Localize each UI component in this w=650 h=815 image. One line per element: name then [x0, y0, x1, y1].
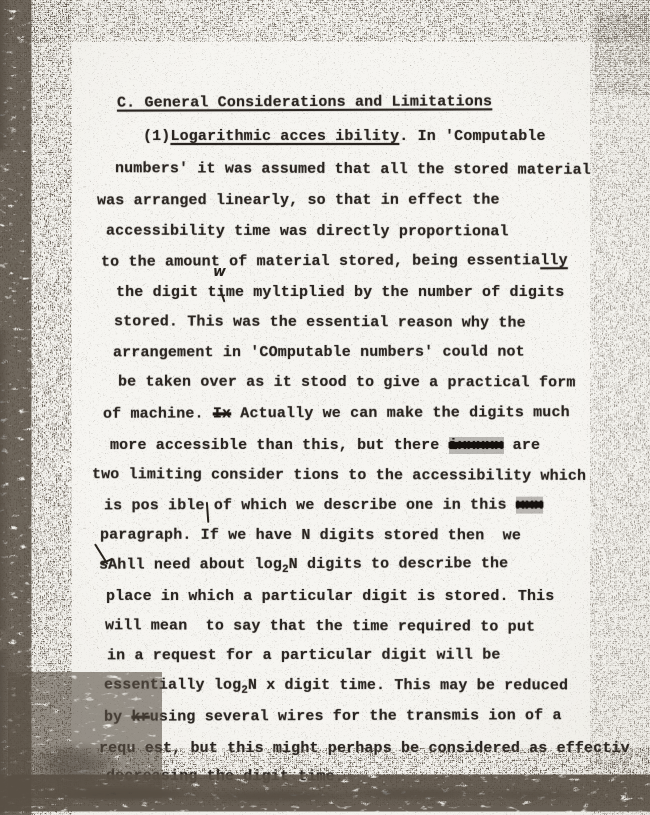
text-segment: be taken over as it stood to give a prac…	[118, 374, 576, 392]
text-line: accessibility time was directly proporti…	[106, 222, 509, 243]
text-segment: numbers' it was assumed that all the sto…	[115, 160, 591, 179]
document-text: C. General Considerations and Limitation…	[0, 0, 650, 815]
text-line: numbers' it was assumed that all the sto…	[115, 159, 591, 181]
text-line: more accessible than this, but there ixx…	[110, 436, 540, 456]
text-segment: in a request for a particular digit will…	[107, 647, 501, 665]
text-segment: (1)	[143, 128, 170, 145]
text-segment: Actually we can make the digits much	[231, 404, 570, 422]
text-segment: xxx	[516, 497, 543, 514]
text-segment: 2	[282, 564, 289, 576]
text-segment: was arranged linearly, so that in effect…	[97, 192, 500, 210]
text-segment: the digit time myltiplied by the number …	[116, 284, 564, 301]
text-segment: stored. This was the essential reason wh…	[114, 313, 526, 331]
text-segment: more accessible than this, but there	[110, 437, 449, 454]
text-segment: . In 'Computable	[399, 128, 545, 145]
heading-line: C. General Considerations and Limitation…	[117, 92, 492, 113]
text-line: was arranged linearly, so that in effect…	[97, 191, 500, 212]
text-segment: by	[104, 709, 132, 726]
text-line: the digit time myltiplied by the number …	[116, 283, 564, 303]
text-segment: using several wires for the transmis ion…	[150, 707, 562, 725]
text-line: will mean to say that the time required …	[105, 616, 535, 638]
text-segment: N x digit time. This may be reduced	[248, 677, 568, 695]
text-segment: requ est, but this might perhaps be cons…	[99, 740, 630, 757]
text-segment: kr	[131, 709, 149, 726]
scanned-page: C. General Considerations and Limitation…	[0, 0, 650, 815]
text-line: (1)Logarithmic acces ibility. In 'Comput…	[143, 127, 546, 147]
text-segment: Logarithmic acces ibility	[170, 128, 399, 145]
text-segment: 2	[241, 685, 248, 697]
text-line: sAhll need about log2N digits to describ…	[99, 554, 508, 576]
text-line: essentially log2N x digit time. This may…	[104, 676, 568, 698]
text-segment: decreasing the digit time.	[106, 768, 344, 786]
text-line: place in which a particular digit is sto…	[106, 587, 554, 607]
text-segment: lly	[540, 252, 568, 269]
text-segment: to the amount of material stored, being …	[101, 252, 540, 271]
text-line: stored. This was the essential reason wh…	[114, 312, 526, 333]
text-line: be taken over as it stood to give a prac…	[118, 373, 576, 394]
text-segment: are	[504, 437, 541, 454]
text-segment: C. General Considerations and Limitation…	[117, 93, 492, 111]
inserted-u-above-myltiplied: w	[213, 264, 226, 280]
text-line: of machine. Ix Actually we can make the …	[103, 403, 570, 425]
text-line: by krusing several wires for the transmi…	[104, 706, 562, 728]
text-segment: sAhll need about log	[99, 556, 282, 574]
text-segment: is pos ible of which we describe one in …	[104, 497, 516, 515]
text-segment: two limiting consider tions to the acces…	[92, 466, 586, 485]
text-line: two limiting consider tions to the acces…	[92, 465, 586, 487]
text-segment: of machine.	[103, 405, 213, 422]
text-segment: place in which a particular digit is sto…	[106, 588, 554, 605]
text-segment: Ix	[213, 405, 231, 422]
text-line: decreasing the digit time.	[106, 767, 344, 788]
text-segment: will mean to say that the time required …	[105, 617, 535, 636]
text-line: paragraph. If we have N digits stored th…	[100, 526, 521, 547]
text-segment: arrangement in 'COmputable numbers' coul…	[113, 344, 525, 362]
text-segment: N digits to describe the	[289, 555, 509, 573]
text-line: arrangement in 'COmputable numbers' coul…	[113, 343, 525, 364]
text-line: is pos ible of which we describe one in …	[104, 496, 543, 517]
text-line: requ est, but this might perhaps be cons…	[99, 739, 630, 759]
text-segment: essentially log	[104, 677, 241, 694]
text-line: to the amount of material stored, being …	[101, 251, 568, 273]
text-segment: accessibility time was directly proporti…	[106, 223, 509, 241]
text-segment: ixxxxx	[449, 437, 504, 454]
text-line: in a request for a particular digit will…	[107, 646, 501, 667]
text-segment: paragraph. If we have N digits stored th…	[100, 527, 521, 545]
